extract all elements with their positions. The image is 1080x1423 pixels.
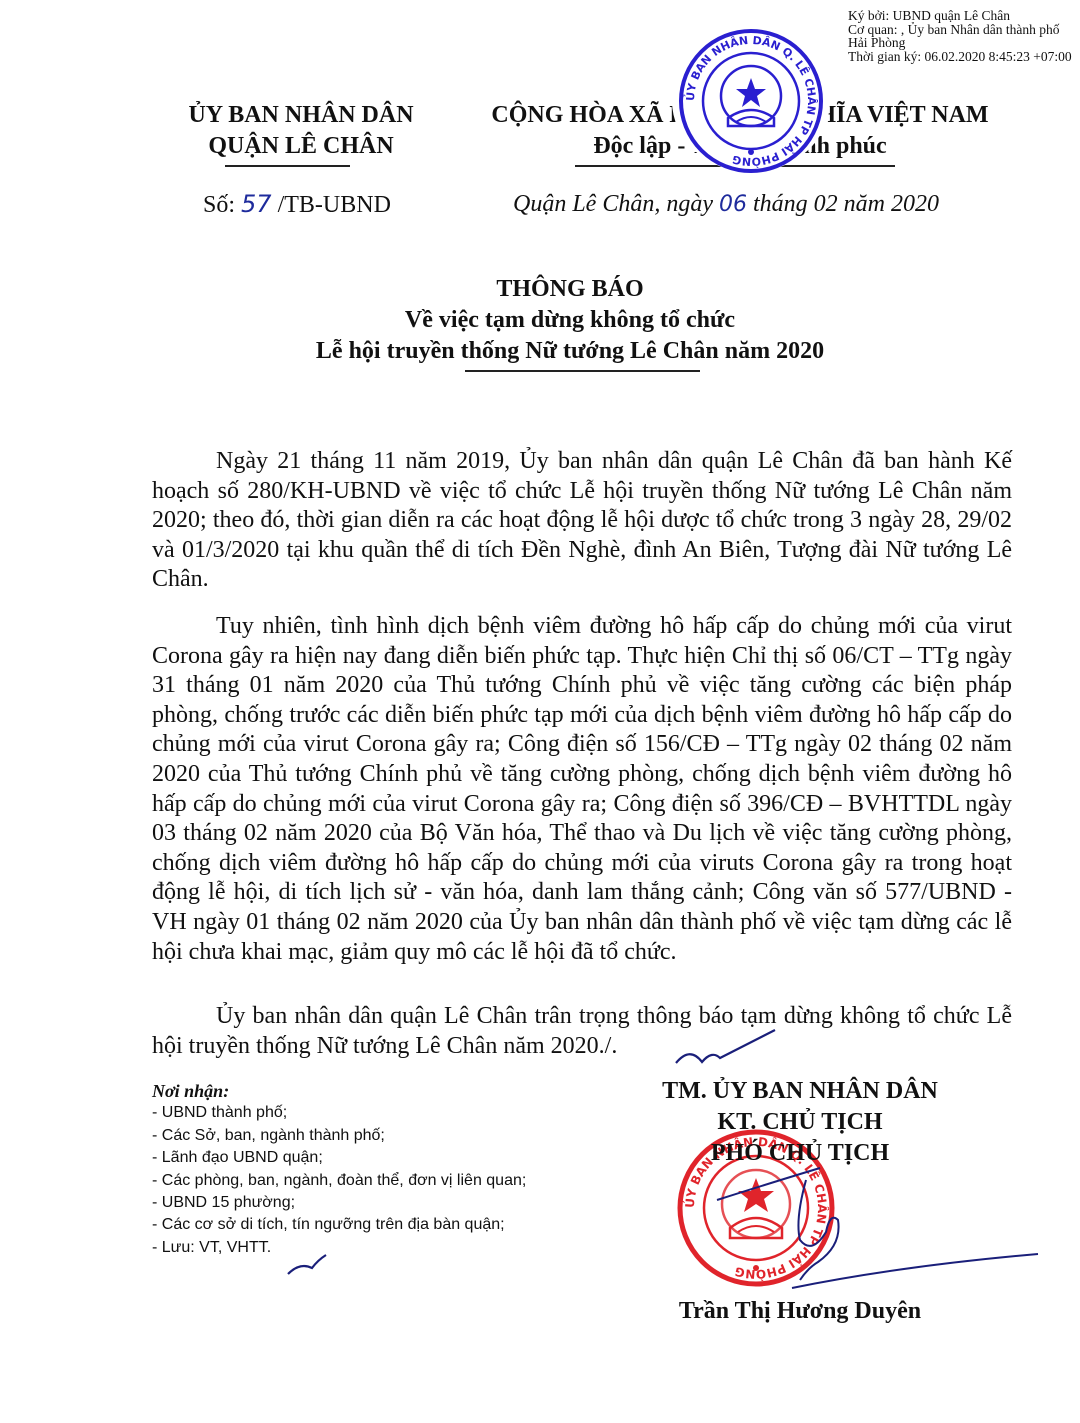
title-line-2: Về việc tạm dừng không tổ chức <box>300 305 840 336</box>
handwritten-day: 06 <box>719 192 747 217</box>
recipients-list: Nơi nhận: - UBND thành phố; - Các Sở, ba… <box>152 1080 526 1259</box>
recipient-item: - Các phòng, ban, ngành, đoàn thể, đơn v… <box>152 1170 526 1192</box>
signed-by: Ký bởi: UBND quận Lê Chân <box>848 9 1078 23</box>
body-paragraph-3: Ủy ban nhân dân quận Lê Chân trân trọng … <box>152 1002 1012 1061</box>
signer-line-1: TM. ỦY BAN NHÂN DÂN <box>635 1076 965 1107</box>
digital-signature-info: Ký bởi: UBND quận Lê Chân Cơ quan: , Ủy … <box>848 9 1078 63</box>
recipient-item: - UBND 15 phường; <box>152 1192 526 1214</box>
body-paragraph-2: Tuy nhiên, tình hình dịch bệnh viêm đườn… <box>152 612 1012 967</box>
recipients-heading: Nơi nhận: <box>152 1080 526 1102</box>
title-line-1: THÔNG BÁO <box>300 274 840 305</box>
recipient-item: - UBND thành phố; <box>152 1102 526 1124</box>
signer-name: Trần Thị Hương Duyên <box>640 1298 960 1325</box>
place-and-date: Quận Lê Chân, ngày 06 tháng 02 năm 2020 <box>513 191 939 218</box>
org-line-1: ỦY BAN NHÂN DÂN <box>176 100 426 131</box>
blue-seal-stamp-icon: ỦY BAN NHÂN DÂN Q. LÊ CHÂN TP HẢI PHÒNG <box>676 26 826 176</box>
handwritten-number: 57 <box>241 190 272 218</box>
recipient-item: - Lưu: VT, VHTT. <box>152 1237 526 1259</box>
notice-title: THÔNG BÁO Về việc tạm dừng không tổ chức… <box>300 274 840 367</box>
title-line-3: Lễ hội truyền thống Nữ tướng Lê Chân năm… <box>300 336 840 367</box>
recipient-item: - Lãnh đạo UBND quận; <box>152 1147 526 1169</box>
recipient-item: - Các cơ sở di tích, tín ngưỡng trên địa… <box>152 1214 526 1236</box>
issuing-organization: ỦY BAN NHÂN DÂN QUẬN LÊ CHÂN <box>176 100 426 162</box>
document-number: Số: 57 /TB-UBND <box>203 190 391 219</box>
signer-line-2: KT. CHỦ TỊCH <box>635 1107 965 1138</box>
signing-time: Thời gian ký: 06.02.2020 8:45:23 +07:00 <box>848 50 1078 64</box>
recipient-item: - Các Sở, ban, ngành thành phố; <box>152 1125 526 1147</box>
title-underline <box>465 370 700 372</box>
signer-line-3: PHÓ CHỦ TỊCH <box>635 1138 965 1169</box>
org-underline <box>225 165 350 167</box>
signer-block: TM. ỦY BAN NHÂN DÂN KT. CHỦ TỊCH PHÓ CHỦ… <box>635 1076 965 1169</box>
body-paragraph-1: Ngày 21 tháng 11 năm 2019, Ủy ban nhân d… <box>152 447 1012 595</box>
org-line-2: QUẬN LÊ CHÂN <box>176 131 426 162</box>
signing-agency: Cơ quan: , Ủy ban Nhân dân thành phố Hải… <box>848 23 1078 50</box>
